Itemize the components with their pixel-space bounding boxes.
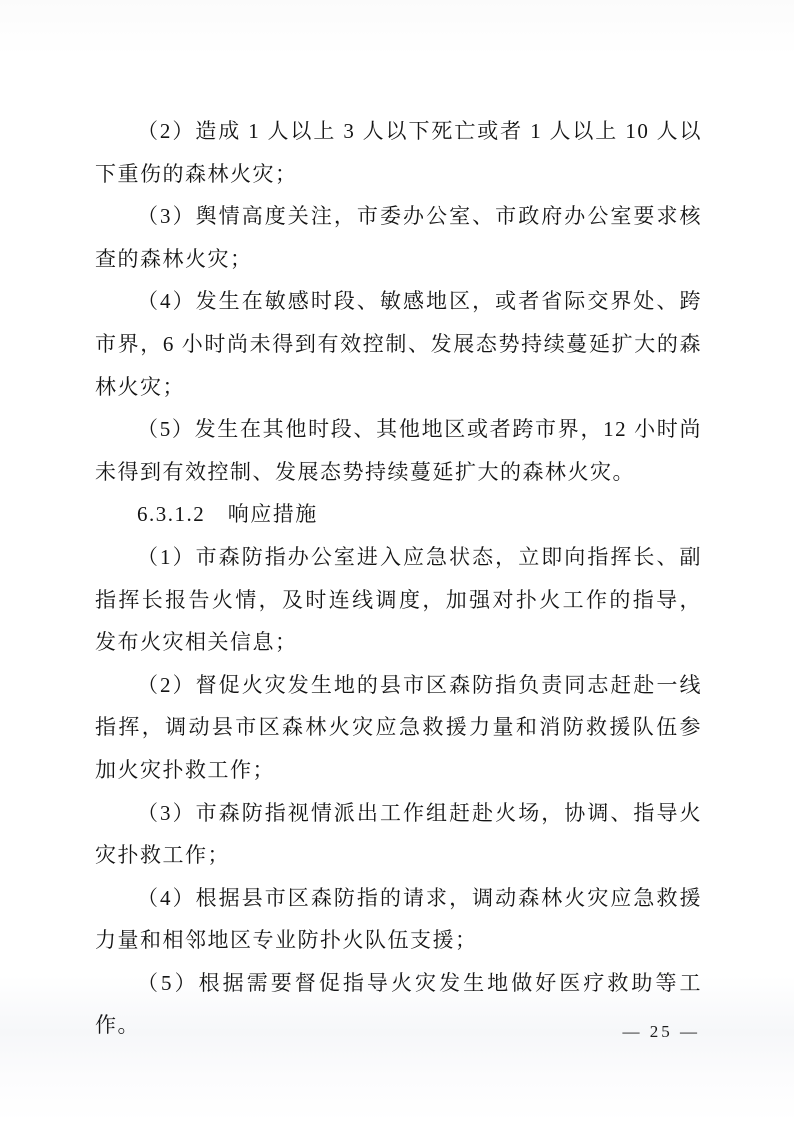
section-heading-6312: 6.3.1.2 响应措施 — [95, 493, 702, 536]
paragraph-measure-1: （1）市森防指办公室进入应急状态，立即向指挥长、副指挥长报告火情，及时连线调度，… — [95, 536, 702, 664]
paragraph-measure-2: （2）督促火灾发生地的县市区森防指负责同志赶赴一线指挥，调动县市区森林火灾应急救… — [95, 664, 702, 792]
document-text-block: （2）造成 1 人以上 3 人以下死亡或者 1 人以上 10 人以下重伤的森林火… — [95, 110, 702, 1047]
paragraph-clause-3-major: （3）舆情高度关注，市委办公室、市政府办公室要求核查的森林火灾； — [95, 195, 702, 280]
paragraph-clause-5-major: （5）发生在其他时段、其他地区或者跨市界，12 小时尚未得到有效控制、发展态势持… — [95, 408, 702, 493]
document-page: （2）造成 1 人以上 3 人以下死亡或者 1 人以上 10 人以下重伤的森林火… — [0, 0, 794, 1122]
paragraph-clause-4-major: （4）发生在敏感时段、敏感地区，或者省际交界处、跨市界，6 小时尚未得到有效控制… — [95, 280, 702, 408]
paragraph-measure-4: （4）根据县市区森防指的请求，调动森林火灾应急救援力量和相邻地区专业防扑火队伍支… — [95, 877, 702, 962]
paragraph-clause-2-major: （2）造成 1 人以上 3 人以下死亡或者 1 人以上 10 人以下重伤的森林火… — [95, 110, 702, 195]
paragraph-measure-5: （5）根据需要督促指导火灾发生地做好医疗救助等工作。 — [95, 962, 702, 1047]
page-number: — 25 — — [623, 1020, 701, 1044]
paragraph-measure-3: （3）市森防指视情派出工作组赶赴火场，协调、指导火灾扑救工作； — [95, 792, 702, 877]
